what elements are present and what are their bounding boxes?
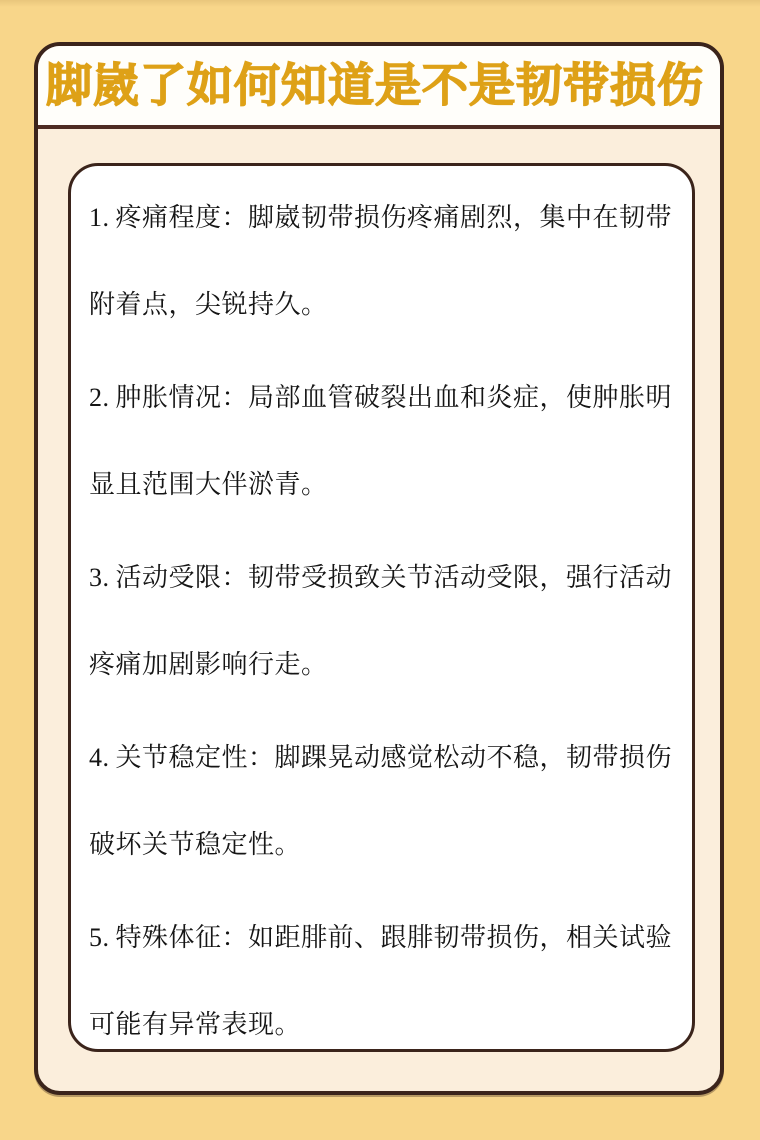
item-number: 5. (89, 923, 116, 952)
item-number: 3. (89, 563, 116, 592)
item-number: 1. (89, 203, 116, 232)
list-item-special-signs: 5.特殊体征：如距腓前、跟腓韧带损伤，相关试验可能有异常表现。 (89, 894, 679, 1052)
list-item-swelling: 2.肿胀情况：局部血管破裂出血和炎症，使肿胀明显且范围大伴淤青。 (89, 354, 679, 527)
info-card: 脚崴了如何知道是不是韧带损伤 1.疼痛程度：脚崴韧带损伤疼痛剧烈，集中在韧带附着… (34, 42, 724, 1095)
list-item-pain: 1.疼痛程度：脚崴韧带损伤疼痛剧烈，集中在韧带附着点，尖锐持久。 (89, 174, 679, 347)
item-text: 肿胀情况：局部血管破裂出血和炎症，使肿胀明显且范围大伴淤青。 (89, 382, 672, 499)
page-title: 脚崴了如何知道是不是韧带损伤 (46, 62, 704, 108)
item-text: 活动受限：韧带受损致关节活动受限，强行活动疼痛加剧影响行走。 (89, 562, 672, 679)
poster-background: 脚崴了如何知道是不是韧带损伤 1.疼痛程度：脚崴韧带损伤疼痛剧烈，集中在韧带附着… (0, 0, 760, 1140)
item-text: 关节稳定性：脚踝晃动感觉松动不稳，韧带损伤破坏关节稳定性。 (89, 742, 672, 859)
list-item-stability: 4.关节稳定性：脚踝晃动感觉松动不稳，韧带损伤破坏关节稳定性。 (89, 714, 679, 887)
item-text: 特殊体征：如距腓前、跟腓韧带损伤，相关试验可能有异常表现。 (89, 922, 672, 1039)
card-header: 脚崴了如何知道是不是韧带损伤 (38, 46, 720, 129)
list-item-mobility: 3.活动受限：韧带受损致关节活动受限，强行活动疼痛加剧影响行走。 (89, 534, 679, 707)
item-number: 2. (89, 383, 116, 412)
item-text: 疼痛程度：脚崴韧带损伤疼痛剧烈，集中在韧带附着点，尖锐持久。 (89, 202, 672, 319)
symptom-list-card: 1.疼痛程度：脚崴韧带损伤疼痛剧烈，集中在韧带附着点，尖锐持久。 2.肿胀情况：… (68, 163, 695, 1052)
item-number: 4. (89, 743, 116, 772)
